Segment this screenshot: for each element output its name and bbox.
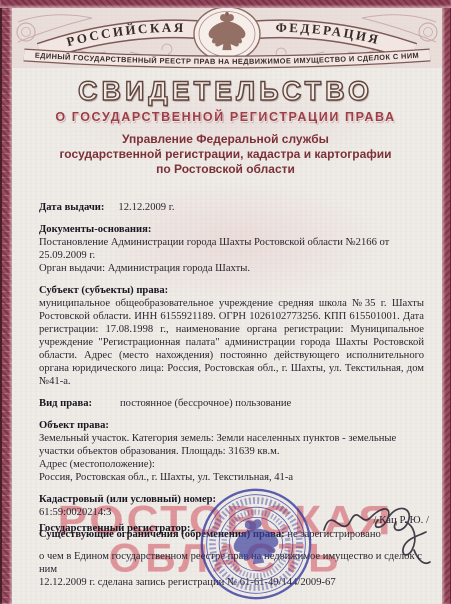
right-type-row: Вид права:постоянное (бессрочное) пользо…: [39, 397, 424, 410]
certificate-page: РОССИЙСКАЯ ФЕДЕРАЦИЯ ЕДИНЫЙ ГОСУДАРСТ: [0, 0, 451, 604]
basis-documents-section: Документы-основания: Постановление Админ…: [39, 223, 424, 275]
basis-documents-label: Документы-основания:: [39, 223, 424, 236]
coat-of-arms-emblem: [194, 8, 260, 61]
right-type-label: Вид права:: [39, 398, 92, 409]
issue-date-value: 12.12.2009 г.: [118, 202, 174, 213]
object-address-label: Адрес (местоположение):: [39, 458, 424, 471]
guilloche-border-top: [0, 0, 451, 8]
guilloche-border-left: [0, 0, 12, 604]
subject-text: муниципальное общеобразовательное учрежд…: [39, 297, 424, 388]
authority-line-3: по Ростовской области: [0, 162, 451, 177]
basis-documents-line2: Орган выдачи: Администрация города Шахты…: [39, 262, 424, 275]
subject-label: Субъект (субъекты) права:: [39, 284, 424, 297]
issue-date-row: Дата выдачи:12.12.2009 г.: [39, 201, 424, 214]
subject-section: Субъект (субъекты) права: муниципальное …: [39, 284, 424, 388]
guilloche-border-right: [442, 0, 451, 604]
header-banner: РОССИЙСКАЯ ФЕДЕРАЦИЯ ЕДИНЫЙ ГОСУДАРСТ: [12, 8, 442, 72]
certificate-title: СВИДЕТЕЛЬСТВО: [0, 76, 451, 107]
registrar-label: Государственный регистратор:: [39, 522, 191, 534]
certificate-subtitle: О ГОСУДАРСТВЕННОЙ РЕГИСТРАЦИИ ПРАВА: [0, 110, 451, 124]
issuing-authority: Управление Федеральной службы государств…: [0, 132, 451, 177]
right-type-value: постоянное (бессрочное) пользование: [120, 398, 291, 409]
object-section: Объект права: Земельный участок. Категор…: [39, 419, 424, 484]
object-address: Россия, Ростовская обл., г. Шахты, ул. Т…: [39, 471, 424, 484]
object-label: Объект права:: [39, 419, 424, 432]
issue-date-label: Дата выдачи:: [39, 202, 104, 213]
authority-line-2: государственной регистрации, кадастра и …: [0, 147, 451, 162]
official-round-stamp: [194, 484, 318, 604]
registrar-signature: [318, 496, 443, 576]
authority-line-1: Управление Федеральной службы: [0, 132, 451, 147]
basis-documents-line1: Постановление Администрации города Шахты…: [39, 236, 424, 262]
object-description: Земельный участок. Категория земель: Зем…: [39, 432, 424, 458]
